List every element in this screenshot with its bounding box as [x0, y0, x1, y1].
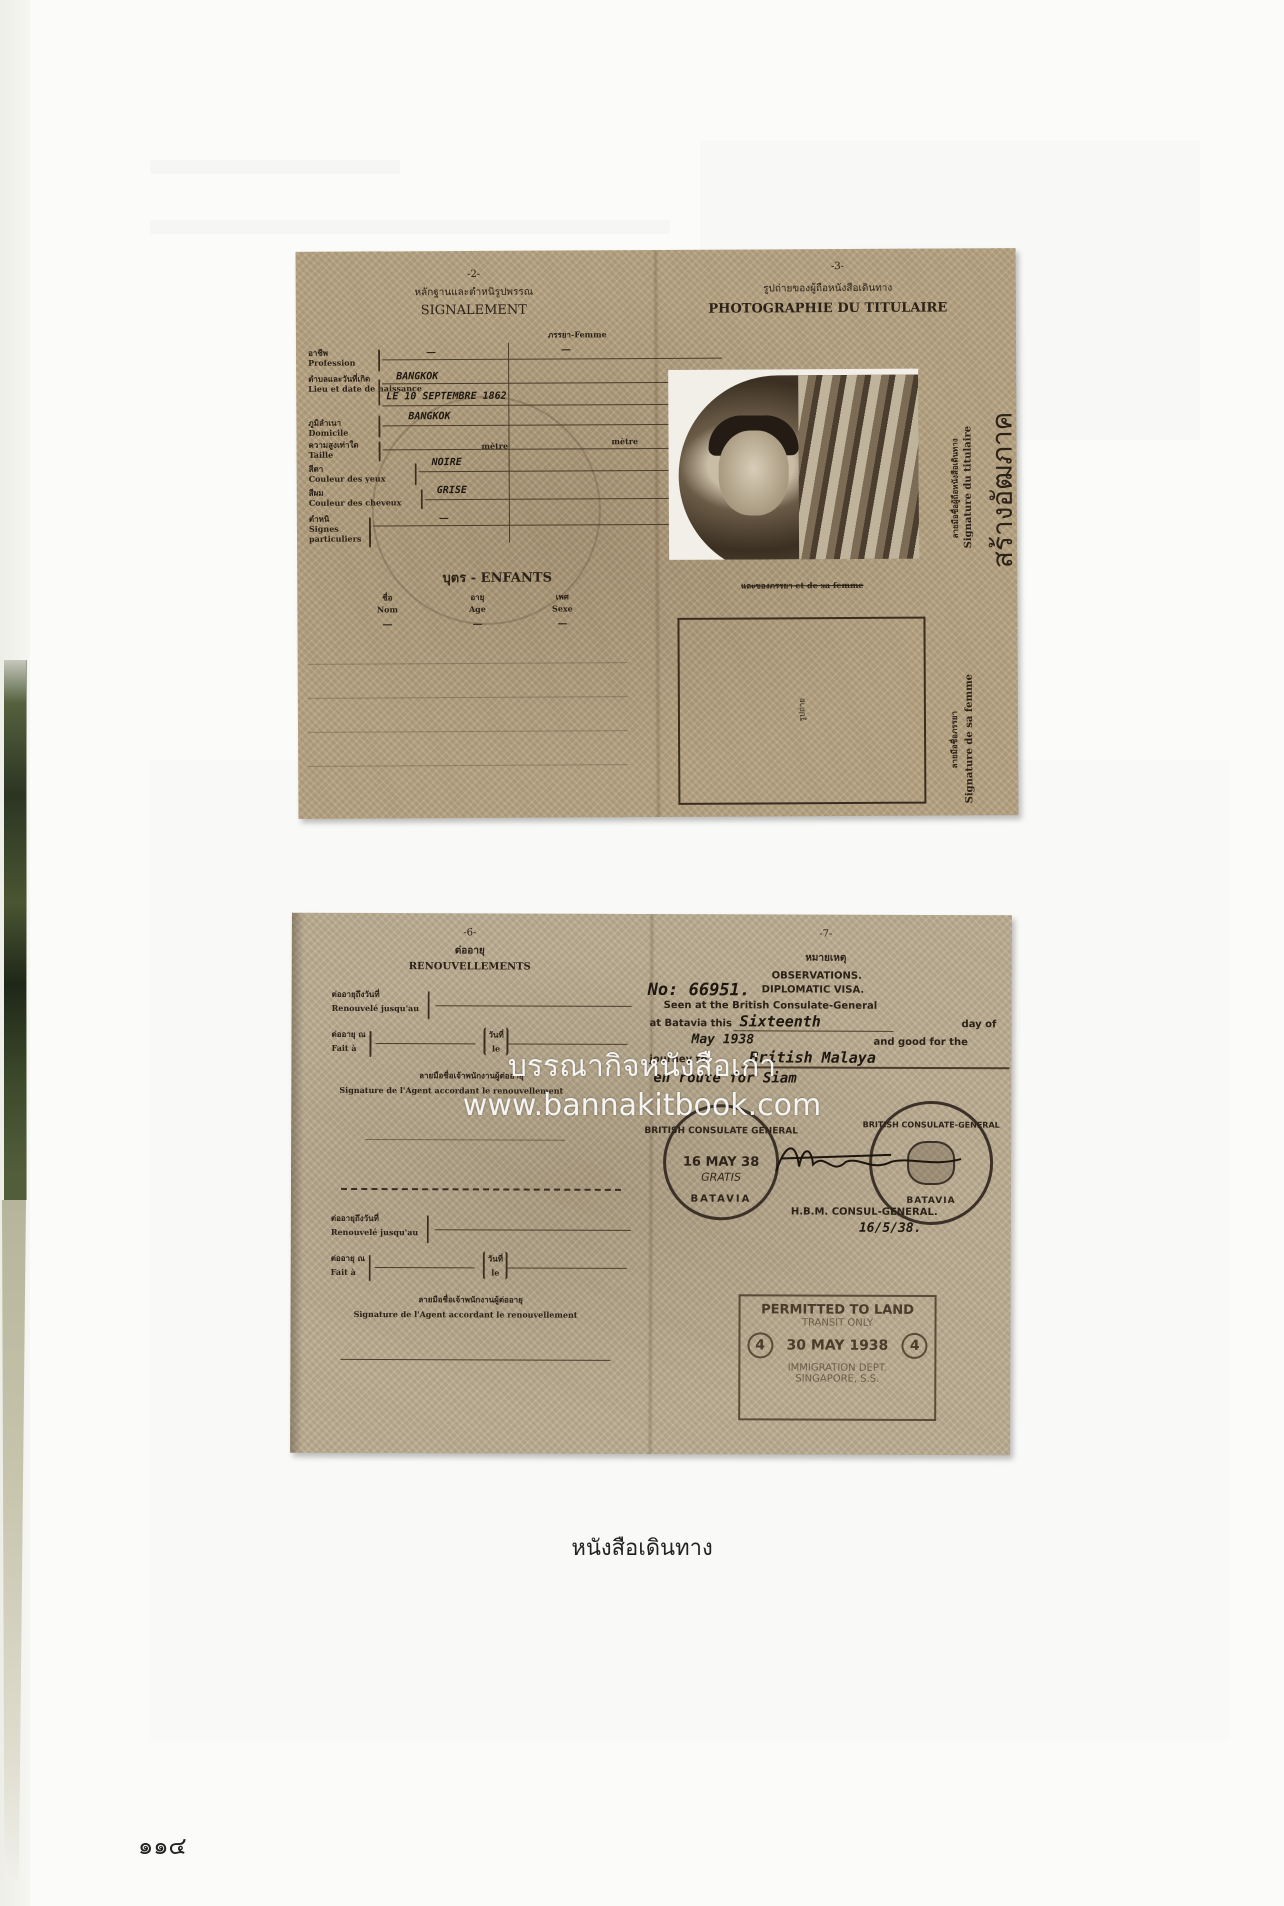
page-marker: -3- — [831, 261, 844, 272]
field-line — [308, 764, 628, 767]
visa-day: Sixteenth — [740, 1012, 821, 1030]
page-fold — [653, 250, 662, 817]
brace — [428, 991, 430, 1019]
field-value-profession: — — [426, 347, 436, 358]
brace — [378, 349, 380, 371]
visa-type: DIPLOMATIC VISA. — [762, 984, 865, 995]
passport-spread-observations: -6- ต่ออายุ RENOUVELLEMENTS ต่ออายุถึงวั… — [290, 913, 1012, 1456]
children-heading: บุตร - ENFANTS — [442, 567, 552, 589]
field-label-height: ความสูงเท่าใดTaille — [309, 440, 359, 460]
field-line — [734, 1030, 894, 1032]
brace — [379, 441, 381, 461]
page-marker: -2- — [467, 269, 480, 280]
stamp-badge: 4 — [902, 1333, 928, 1359]
field-line — [436, 1005, 632, 1007]
signature-line — [340, 1359, 610, 1361]
watermark-shop-name: บรรณากิจหนังสือเก่า — [0, 1043, 1284, 1090]
page-number: ๑๑๔ — [138, 1826, 187, 1865]
thai-heading: รูปถ่ายของผู้ถือหนังสือเดินทาง — [763, 281, 892, 297]
holder-signature-thai: ลายมือชื่อผู้ถือหนังสือเดินทาง — [949, 438, 963, 538]
page-edge-shadow — [290, 913, 304, 1453]
height-unit: mètre — [482, 441, 509, 451]
height-unit-wife: mètre — [611, 436, 638, 446]
holder-signature: สร้างอัฒภาค — [980, 412, 1018, 569]
brace — [415, 463, 417, 485]
field-value-hair-color: GRISE — [437, 485, 467, 496]
renewed-until-label: ต่ออายุถึงวันที่Renouvelé jusqu'au — [331, 1211, 419, 1239]
children-col-age: อายุAge — [469, 591, 486, 615]
field-line — [308, 696, 628, 699]
brace — [369, 1255, 371, 1281]
watermark-url: www.bannakitbook.com — [0, 1088, 1284, 1123]
column-label-wife: ภรรยา-Femme — [548, 328, 607, 341]
field-line — [308, 730, 628, 733]
landing-permit-stamp: PERMITTED TO LAND TRANSIT ONLY 4 30 MAY … — [738, 1294, 936, 1421]
show-through-text — [150, 220, 670, 234]
agent-signature-thai: ลายมือชื่อเจ้าพนักงานผู้ต่ออายุ — [418, 1293, 522, 1306]
wife-photo-label: รูปถ่าย — [795, 698, 808, 721]
renewed-until-label: ต่ออายุถึงวันที่Renouvelé jusqu'au — [332, 987, 420, 1015]
signature-line — [365, 1139, 565, 1141]
field-line — [507, 1267, 627, 1268]
field-label-profession: อาชีพProfession — [308, 348, 355, 368]
date-label: วันที่le — [483, 1251, 508, 1279]
children-col-sex: เพศSexe — [552, 590, 573, 614]
brace — [378, 415, 380, 437]
holder-signature-label: Signature du titulaire — [962, 426, 974, 549]
consul-title: H.B.M. CONSUL-GENERAL. — [791, 1206, 938, 1218]
children-value: — — [382, 619, 392, 630]
block-separator — [341, 1188, 621, 1191]
portrait-image — [678, 375, 919, 560]
made-at-label: ต่ออายุ ณFait à — [331, 1251, 365, 1279]
wife-photo-box: รูปถ่าย — [677, 617, 926, 805]
brace — [378, 379, 380, 405]
landing-date: 30 MAY 1938 — [787, 1337, 889, 1353]
visa-text-line: at Batavia this — [650, 1018, 732, 1029]
children-col-name: ชื่อNom — [377, 591, 398, 615]
field-value-eye-color: NOIRE — [432, 457, 462, 468]
thai-heading: ต่ออายุ — [455, 943, 485, 958]
section-heading: RENOUVELLEMENTS — [409, 961, 531, 972]
field-value-domicile: BANGKOK — [408, 411, 450, 422]
wife-signature-label: Signature de sa femme — [964, 674, 976, 803]
field-label-domicile: ภูมิลำเนาDomicile — [308, 418, 348, 438]
stamp-badge: 4 — [747, 1332, 773, 1358]
figure-caption: หนังสือเดินทาง — [0, 1530, 1284, 1565]
section-heading: SIGNALEMENT — [421, 303, 527, 319]
passport-spread-signalement: -2- หลักฐานและตำหนิรูปพรรณ SIGNALEMENT ภ… — [296, 248, 1019, 819]
visa-number: No: 66951. — [648, 980, 750, 1000]
visa-text-line: Seen at the British Consulate-General — [664, 1000, 878, 1012]
agent-signature-label: Signature de l'Agent accordant le renouv… — [354, 1309, 578, 1320]
show-through-text — [150, 160, 400, 174]
field-value-marks: — — [439, 513, 449, 524]
field-value-birthplace: BANGKOK — [396, 371, 438, 382]
consul-date: 16/5/38. — [859, 1221, 922, 1236]
thai-heading: หลักฐานและตำหนิรูปพรรณ — [414, 285, 533, 301]
holder-photo — [668, 369, 919, 560]
brace — [421, 489, 423, 509]
children-value: — — [557, 618, 567, 629]
children-value: — — [472, 619, 482, 630]
section-heading: OBSERVATIONS. — [772, 970, 862, 981]
field-line — [308, 662, 628, 665]
consul-signature — [771, 1136, 971, 1187]
section-heading: PHOTOGRAPHIE DU TITULAIRE — [708, 300, 947, 316]
field-label-eye-color: สีตาCouleur des yeux — [309, 463, 386, 483]
field-value-birthdate: LE 10 SEPTEMBRE 1862 — [386, 391, 506, 403]
field-line — [435, 1229, 631, 1231]
field-line — [375, 1267, 475, 1268]
field-label-hair-color: สีผมCouleur des cheveux — [309, 487, 402, 507]
field-label-marks: ตำหนิSignesparticuliers — [309, 514, 361, 544]
field-value-profession-wife: — — [561, 344, 571, 355]
page-marker: -6- — [463, 927, 476, 938]
brace — [427, 1215, 429, 1243]
wife-signature-thai: ลายมือชื่อภรรยา — [948, 711, 961, 769]
photo-caption-wife: และของภรรยา et de sa femme — [741, 579, 864, 593]
brace — [369, 517, 371, 547]
thai-heading: หมายเหตุ — [805, 951, 846, 966]
facing-page-edge — [0, 0, 30, 1906]
page-marker: -7- — [819, 929, 832, 940]
visa-text-line: day of — [962, 1019, 997, 1030]
